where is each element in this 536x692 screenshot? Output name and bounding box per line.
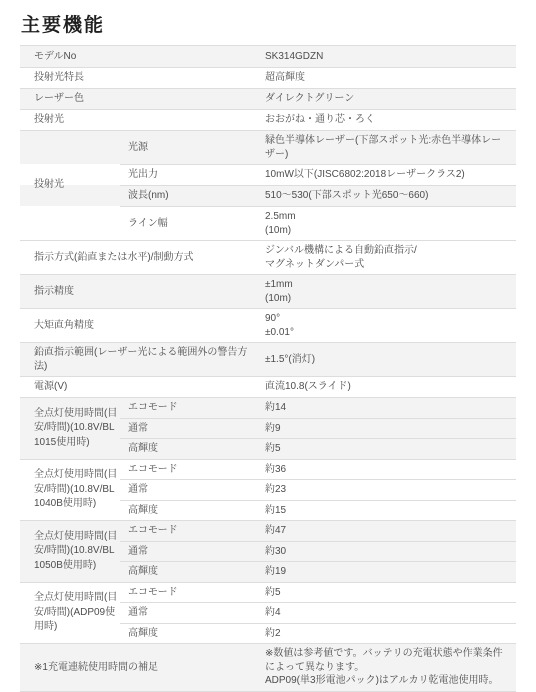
text-line: 光源 xyxy=(128,141,250,155)
row-value: ジンバル機構による自動鉛直指示/マグネットダンパー式 xyxy=(258,241,516,274)
text-line: おおがね・通り芯・ろく xyxy=(265,113,506,127)
spec-group: 投射光光源緑色半導体レーザー(下部スポット光:赤色半導体レーザー)光出力10mW… xyxy=(20,130,516,240)
text-line: 通常 xyxy=(128,606,250,620)
subrow-value: 約4 xyxy=(258,602,516,623)
text-line: 大矩直角精度 xyxy=(34,319,248,333)
subrow-value: 約2 xyxy=(258,623,516,641)
subrow-label: 通常 xyxy=(120,479,258,500)
row-label: 投射光 xyxy=(20,110,258,130)
spec-row: 電源(V)直流10.8(スライド) xyxy=(20,376,516,397)
subrow-value: 緑色半導体レーザー(下部スポット光:赤色半導体レーザー) xyxy=(258,131,516,164)
text-line: 約2 xyxy=(265,627,506,641)
text-line: 約15 xyxy=(265,504,506,518)
subrow-value: 約14 xyxy=(258,398,516,418)
subrow-label: 高輝度 xyxy=(120,623,258,641)
group-row-label: 投射光 xyxy=(34,131,120,240)
text-line: エコモード xyxy=(128,586,250,600)
text-line: ±0.01° xyxy=(265,326,506,340)
subrow-label: エコモード xyxy=(120,460,258,480)
row-label: 鉛直指示範囲(レーザー光による範囲外の警告方法) xyxy=(20,343,258,376)
subrow-value: 10mW以下(JISC6802:2018レーザークラス2) xyxy=(258,164,516,185)
text-line: 直流10.8(スライド) xyxy=(265,380,506,394)
spec-group: 全点灯使用時間(目安/時間)(10.8V/BL1015使用時)エコモード約14通… xyxy=(20,397,516,459)
text-line: 通常 xyxy=(128,483,250,497)
text-line: 鉛直指示範囲(レーザー光による範囲外の警告方法) xyxy=(34,346,248,373)
text-line: 高輝度 xyxy=(128,442,250,456)
text-line: 約36 xyxy=(265,463,506,477)
subrow-label: エコモード xyxy=(120,521,258,541)
text-line: 約5 xyxy=(265,442,506,456)
row-label: 電源(V) xyxy=(20,377,258,397)
text-line: 高輝度 xyxy=(128,627,250,641)
text-line: 通常 xyxy=(128,545,250,559)
subrow-label: 高輝度 xyxy=(120,500,258,521)
text-line: 約5 xyxy=(265,586,506,600)
spec-group: 全点灯使用時間(目安/時間)(ADP09使用時)エコモード約5通常約4高輝度約2 xyxy=(20,582,516,641)
text-line: 光出力 xyxy=(128,168,250,182)
subrow-label: 通常 xyxy=(120,602,258,623)
text-line: 投射光 xyxy=(34,113,248,127)
text-line: 通常 xyxy=(128,422,250,436)
row-value: 90°±0.01° xyxy=(258,309,516,342)
row-value: おおがね・通り芯・ろく xyxy=(258,110,516,130)
group-row-label: 全点灯使用時間(目安/時間)(10.8V/BL1050B使用時) xyxy=(34,521,120,582)
text-line: 高輝度 xyxy=(128,565,250,579)
row-value: 超高輝度 xyxy=(258,68,516,88)
subrow-value: 約9 xyxy=(258,418,516,439)
text-line: モデルNo xyxy=(34,50,248,64)
text-line: 高輝度 xyxy=(128,504,250,518)
text-line: 510〜530(下部スポット光650〜660) xyxy=(265,189,506,203)
text-line: マグネットダンパー式 xyxy=(265,258,506,272)
text-line: ±1.5°(消灯) xyxy=(265,353,506,367)
subrow-label: ライン幅 xyxy=(120,206,258,240)
text-line: ライン幅 xyxy=(128,217,250,231)
row-value: 直流10.8(スライド) xyxy=(258,377,516,397)
text-line: ±1mm xyxy=(265,278,506,292)
text-line: 約4 xyxy=(265,606,506,620)
text-line: 全点灯使用時間(目安/時間)(10.8V/BL1040B使用時) xyxy=(34,468,120,512)
text-line: レーザー色 xyxy=(34,92,248,106)
subrow-label: 通常 xyxy=(120,541,258,562)
text-line: (10m) xyxy=(265,224,506,238)
subrow-label: 通常 xyxy=(120,418,258,439)
text-line: 10mW以下(JISC6802:2018レーザークラス2) xyxy=(265,168,506,182)
spec-group: 全点灯使用時間(目安/時間)(10.8V/BL1050B使用時)エコモード約47… xyxy=(20,520,516,582)
spec-row: 鉛直指示範囲(レーザー光による範囲外の警告方法)±1.5°(消灯) xyxy=(20,342,516,376)
text-line: 90° xyxy=(265,312,506,326)
text-line: 全点灯使用時間(目安/時間)(10.8V/BL1050B使用時) xyxy=(34,530,120,574)
text-line: 全点灯使用時間(目安/時間)(10.8V/BL1015使用時) xyxy=(34,407,120,451)
subrow-value: 約5 xyxy=(258,583,516,603)
row-label: 大矩直角精度 xyxy=(20,309,258,342)
spec-row: 大矩直角精度90°±0.01° xyxy=(20,308,516,342)
text-line: 全点灯使用時間(目安/時間)(ADP09使用時) xyxy=(34,591,120,635)
text-line: エコモード xyxy=(128,524,250,538)
row-value: SK314GDZN xyxy=(258,46,516,67)
text-line: ダイレクトグリーン xyxy=(265,92,506,106)
subrow-value: 約30 xyxy=(258,541,516,562)
group-row-label: 全点灯使用時間(目安/時間)(10.8V/BL1040B使用時) xyxy=(34,460,120,521)
text-line: 約47 xyxy=(265,524,506,538)
row-label: レーザー色 xyxy=(20,89,258,109)
text-line: 波長(nm) xyxy=(128,189,250,203)
page-title: 主要機能 xyxy=(21,10,105,37)
row-label: 指示精度 xyxy=(20,275,258,308)
text-line: 約23 xyxy=(265,483,506,497)
group-row-label: 全点灯使用時間(目安/時間)(10.8V/BL1015使用時) xyxy=(34,398,120,459)
spec-group: 全点灯使用時間(目安/時間)(10.8V/BL1040B使用時)エコモード約36… xyxy=(20,459,516,521)
subrow-label: 光源 xyxy=(120,131,258,164)
spec-row: 投射光おおがね・通り芯・ろく xyxy=(20,109,516,130)
subrow-value: 約23 xyxy=(258,479,516,500)
subrow-value: 約19 xyxy=(258,561,516,582)
subrow-label: 高輝度 xyxy=(120,438,258,459)
text-line: 約14 xyxy=(265,401,506,415)
text-line: 投射光 xyxy=(34,178,120,193)
row-value: ダイレクトグリーン xyxy=(258,89,516,109)
spec-row: レーザー色ダイレクトグリーン xyxy=(20,88,516,109)
subrow-value: 2.5mm(10m) xyxy=(258,206,516,240)
text-line: エコモード xyxy=(128,401,250,415)
subrow-value: 約47 xyxy=(258,521,516,541)
subrow-label: エコモード xyxy=(120,583,258,603)
spec-row: 指示精度±1mm(10m) xyxy=(20,274,516,308)
row-value: ±1.5°(消灯) xyxy=(258,343,516,376)
subrow-label: 光出力 xyxy=(120,164,258,185)
text-line: ジンバル機構による自動鉛直指示/ xyxy=(265,244,506,258)
subrow-label: エコモード xyxy=(120,398,258,418)
spec-row: モデルNoSK314GDZN xyxy=(20,46,516,67)
spec-table: モデルNoSK314GDZN投射光特長超高輝度レーザー色ダイレクトグリーン投射光… xyxy=(20,45,516,640)
text-line: 投射光特長 xyxy=(34,71,248,85)
subrow-value: 約5 xyxy=(258,438,516,459)
text-line: 2.5mm xyxy=(265,210,506,224)
text-line: 指示方式(鉛直または水平)/制動方式 xyxy=(34,251,248,265)
text-line: 電源(V) xyxy=(34,380,248,394)
row-label: モデルNo xyxy=(20,46,258,67)
group-row-label: 全点灯使用時間(目安/時間)(ADP09使用時) xyxy=(34,583,120,641)
text-line: 緑色半導体レーザー(下部スポット光:赤色半導体レーザー) xyxy=(265,134,506,161)
spec-row: 指示方式(鉛直または水平)/制動方式ジンバル機構による自動鉛直指示/マグネットダ… xyxy=(20,240,516,274)
text-line: 約9 xyxy=(265,422,506,436)
subrow-value: 約36 xyxy=(258,460,516,480)
subrow-label: 波長(nm) xyxy=(120,185,258,206)
text-line: SK314GDZN xyxy=(265,50,506,64)
text-line: 指示精度 xyxy=(34,285,248,299)
text-line: エコモード xyxy=(128,463,250,477)
text-line: 超高輝度 xyxy=(265,71,506,85)
spec-row: 投射光特長超高輝度 xyxy=(20,67,516,88)
text-line: (10m) xyxy=(265,292,506,306)
text-line: 約19 xyxy=(265,565,506,579)
subrow-value: 約15 xyxy=(258,500,516,521)
subrow-value: 510〜530(下部スポット光650〜660) xyxy=(258,185,516,206)
row-label: 指示方式(鉛直または水平)/制動方式 xyxy=(20,241,258,274)
row-value: ±1mm(10m) xyxy=(258,275,516,308)
text-line: 約30 xyxy=(265,545,506,559)
subrow-label: 高輝度 xyxy=(120,561,258,582)
row-label: 投射光特長 xyxy=(20,68,258,88)
